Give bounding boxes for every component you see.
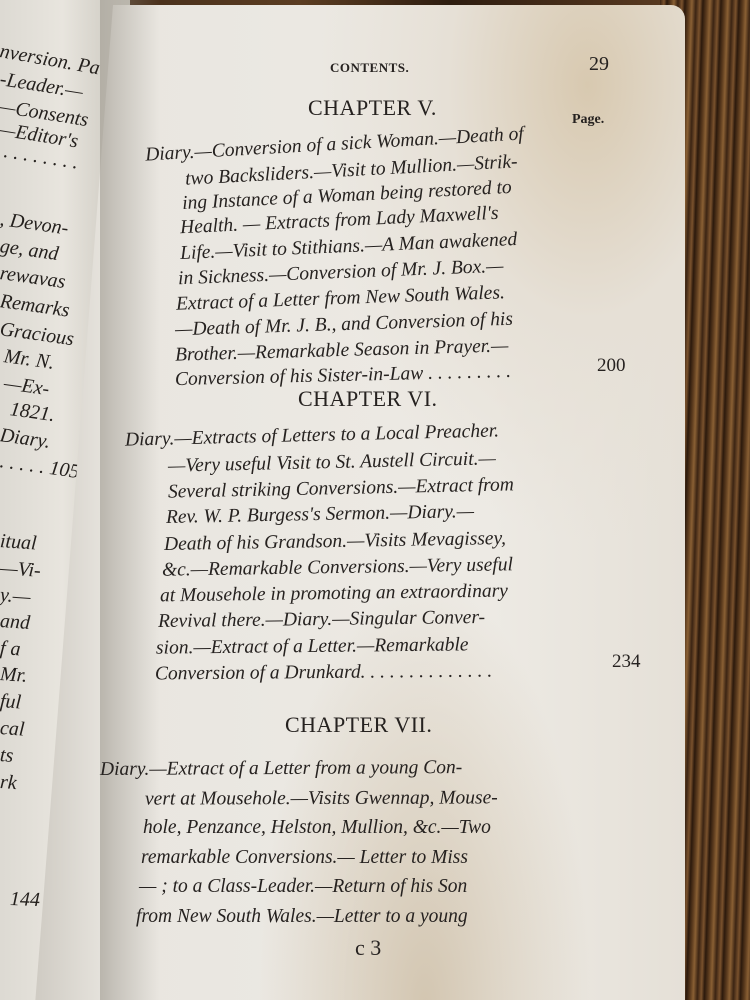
- left-page-text-fragment: ful: [0, 690, 22, 714]
- toc-line: hole, Penzance, Helston, Mullion, &c.—Tw…: [143, 817, 491, 839]
- left-page-text-fragment: ge, and: [0, 235, 60, 266]
- toc-line: vert at Mousehole.—Visits Gwennap, Mouse…: [145, 787, 498, 810]
- page-column-label: Page.: [572, 112, 604, 128]
- left-page-text-fragment: 1821.: [8, 398, 56, 427]
- toc-line: remarkable Conversions.— Letter to Miss: [141, 847, 468, 869]
- left-page-text-fragment: Remarks: [0, 290, 71, 323]
- chapter-vi-title: CHAPTER VI.: [298, 386, 438, 412]
- left-page-text-fragment: and: [0, 610, 31, 635]
- left-page-text-fragment: —Ex-: [2, 372, 50, 401]
- toc-line: Diary.—Extract of a Letter from a young …: [100, 757, 462, 781]
- chapter-vii-title: CHAPTER VII.: [285, 712, 432, 738]
- toc-line: — ; to a Class-Leader.—Return of his Son: [139, 876, 467, 898]
- left-page-text-fragment: y.—: [0, 584, 31, 609]
- left-page-text-fragment: Mr.: [0, 663, 28, 688]
- left-page-text-fragment: f a: [0, 637, 21, 661]
- left-page-text-fragment: ts: [0, 744, 14, 768]
- left-page-text-fragment: rk: [0, 771, 17, 795]
- left-page-text-fragment: rewavas: [0, 262, 67, 294]
- chapter-v-title: CHAPTER V.: [308, 95, 437, 121]
- running-head: CONTENTS.: [330, 60, 409, 76]
- left-page-text-fragment: itual: [0, 530, 37, 556]
- chapter-v-page: 200: [597, 355, 626, 377]
- signature-mark: c 3: [355, 935, 381, 961]
- left-page-text-fragment: Mr. N.: [2, 345, 55, 375]
- chapter-vi-page: 234: [612, 651, 641, 673]
- toc-line: Conversion of a Drunkard. . . . . . . . …: [155, 661, 492, 686]
- left-page-text-fragment: 144: [10, 888, 41, 912]
- left-page-text-fragment: Diary.: [0, 424, 52, 454]
- left-page-text-fragment: cal: [0, 717, 25, 742]
- left-page-text-fragment: . . . . . 105: [0, 450, 81, 484]
- left-page-text-fragment: —Vi-: [0, 557, 41, 583]
- toc-line: from New South Wales.—Letter to a young: [136, 906, 468, 928]
- toc-line: Revival there.—Diary.—Singular Conver-: [158, 607, 485, 633]
- toc-line: sion.—Extract of a Letter.—Remarkable: [156, 634, 469, 659]
- page-number: 29: [589, 53, 609, 76]
